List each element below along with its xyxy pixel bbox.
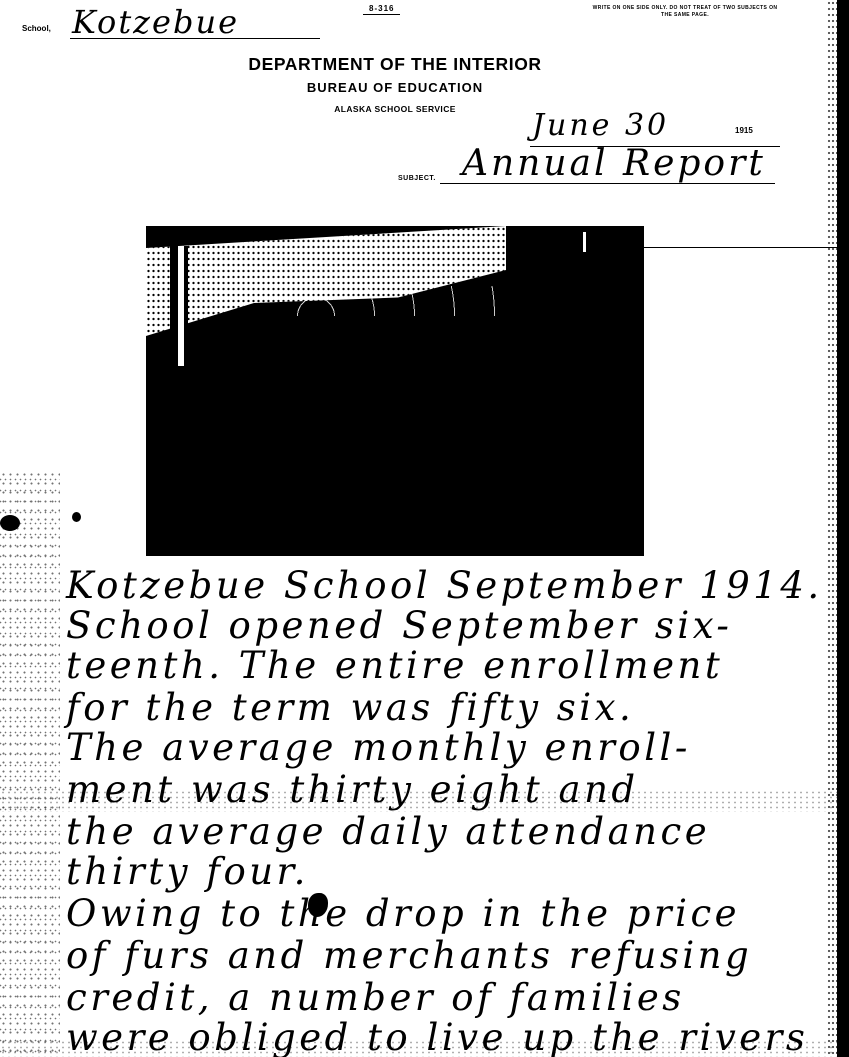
body-line: Kotzebue School September 1914.	[66, 566, 826, 606]
body-line: of furs and merchants refusing	[66, 936, 826, 976]
ink-blot	[0, 515, 20, 531]
body-line: the average daily attendance	[66, 812, 826, 852]
photo-pole	[170, 246, 188, 366]
school-group-photo	[146, 226, 644, 556]
photo-dark-block	[508, 226, 644, 556]
body-line: for the term was fifty six.	[66, 688, 826, 728]
body-line: The average monthly enroll-	[66, 728, 826, 768]
body-line: teenth. The entire enrollment	[66, 646, 826, 686]
department-title: DEPARTMENT OF THE INTERIOR	[0, 54, 790, 75]
service-title: ALASKA SCHOOL SERVICE	[0, 104, 790, 114]
body-line: Owing to the drop in the price	[66, 894, 826, 934]
body-line: thirty four.	[66, 852, 826, 892]
scan-noise-left	[0, 470, 60, 1057]
subject-label: SUBJECT.	[398, 175, 436, 182]
body-line: credit, a number of families	[66, 978, 826, 1018]
school-value: Kotzebue	[72, 3, 239, 41]
body-line: School opened September six-	[66, 606, 826, 646]
date-year: 1915	[735, 126, 753, 135]
ink-blot	[72, 512, 81, 522]
photo-background	[146, 226, 506, 336]
photo-gap	[583, 232, 586, 252]
body-line: ment was thirty eight and	[66, 770, 826, 810]
photo-heads	[296, 286, 516, 316]
scan-edge-right	[837, 0, 849, 1057]
bureau-title: BUREAU OF EDUCATION	[0, 80, 790, 95]
subject-value: Annual Report	[462, 143, 766, 184]
form-number: 8-316	[363, 4, 400, 15]
school-label: School,	[22, 24, 51, 33]
form-instruction-note: Write on one side only. Do not treat of …	[590, 5, 780, 19]
date-value: June 30	[532, 108, 669, 143]
body-line: were obliged to live up the rivers	[66, 1018, 826, 1057]
